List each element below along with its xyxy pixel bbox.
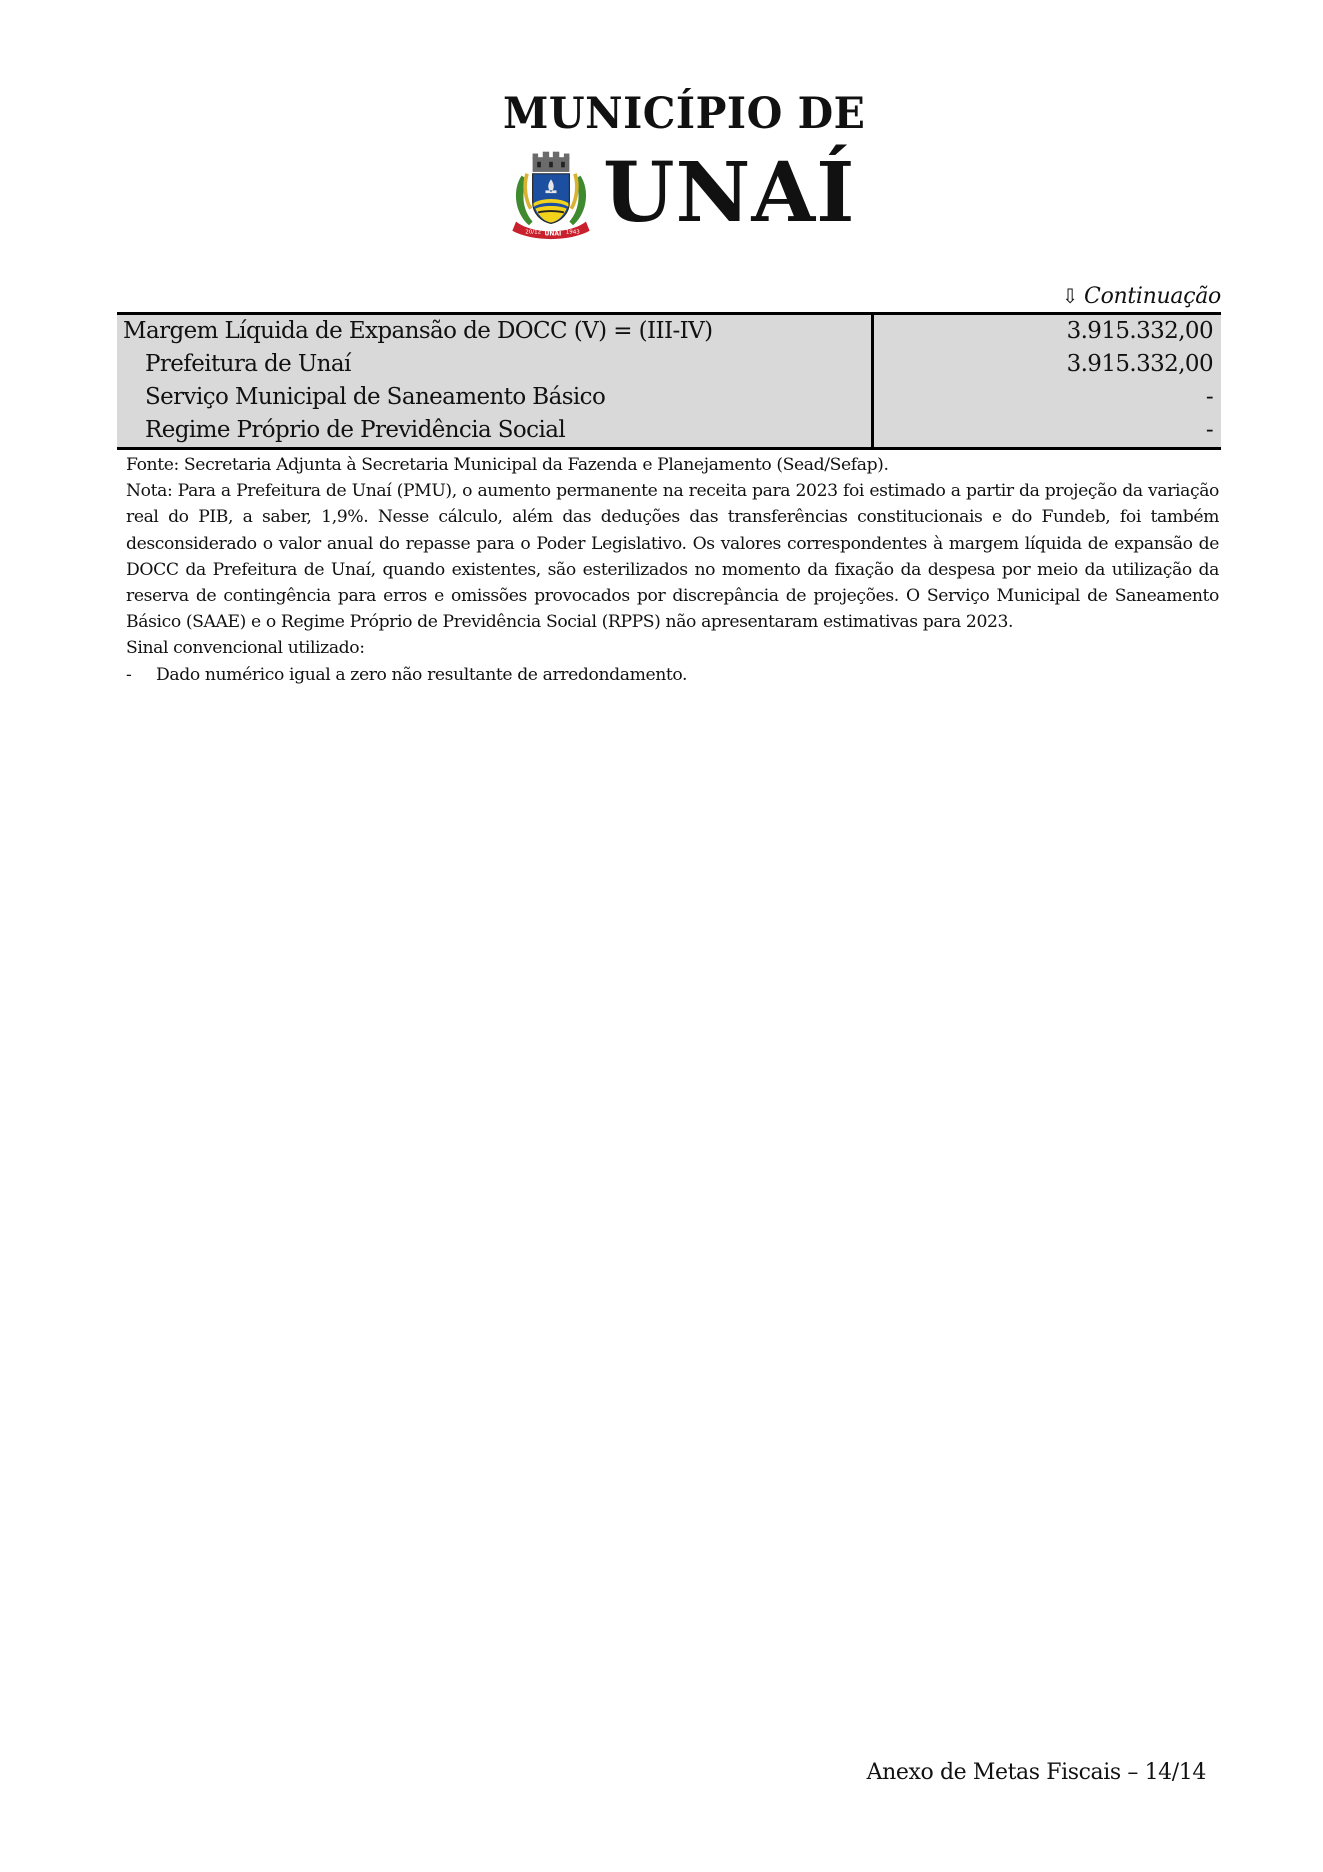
row-value: 3.915.332,00 <box>873 348 1222 381</box>
table-row: Serviço Municipal de Saneamento Básico - <box>117 381 1221 414</box>
header-municipality-label: MUNICÍPIO DE <box>503 88 833 138</box>
svg-text:1943: 1943 <box>566 230 581 236</box>
table-row: Margem Líquida de Expansão de DOCC (V) =… <box>117 314 1221 349</box>
svg-text:20/12: 20/12 <box>525 230 541 236</box>
table-row: Regime Próprio de Previdência Social - <box>117 414 1221 449</box>
row-label: Prefeitura de Unaí <box>117 348 873 381</box>
page-footer: Anexo de Metas Fiscais – 14/14 <box>867 1760 1206 1785</box>
conventional-sign-item: - Dado numérico igual a zero não resulta… <box>126 662 1219 688</box>
row-label: Serviço Municipal de Saneamento Básico <box>117 381 873 414</box>
municipal-coat-of-arms-icon: 20/12 UNAÍ 1943 <box>505 148 597 240</box>
table-notes: Fonte: Secretaria Adjunta à Secretaria M… <box>126 452 1219 688</box>
explanatory-note: Nota: Para a Prefeitura de Unaí (PMU), o… <box>126 478 1219 635</box>
down-arrow-outline-icon: ⇩ <box>1062 284 1078 308</box>
conventional-signs-title: Sinal convencional utilizado: <box>126 635 1219 661</box>
header-city-name: UNAÍ <box>603 148 855 238</box>
continuation-marker: ⇩Continuação <box>1062 282 1221 311</box>
source-note: Fonte: Secretaria Adjunta à Secretaria M… <box>126 452 1219 478</box>
svg-text:UNAÍ: UNAÍ <box>545 229 562 237</box>
row-label: Regime Próprio de Previdência Social <box>117 414 873 449</box>
row-value: - <box>873 414 1222 449</box>
sign-meaning: Dado numérico igual a zero não resultant… <box>156 662 687 688</box>
expansion-margin-table: Margem Líquida de Expansão de DOCC (V) =… <box>117 312 1221 450</box>
row-value: - <box>873 381 1222 414</box>
row-value: 3.915.332,00 <box>873 314 1222 349</box>
table-row: Prefeitura de Unaí 3.915.332,00 <box>117 348 1221 381</box>
row-label: Margem Líquida de Expansão de DOCC (V) =… <box>117 314 873 349</box>
continuation-label: Continuação <box>1084 284 1221 309</box>
sign-symbol: - <box>126 662 156 688</box>
